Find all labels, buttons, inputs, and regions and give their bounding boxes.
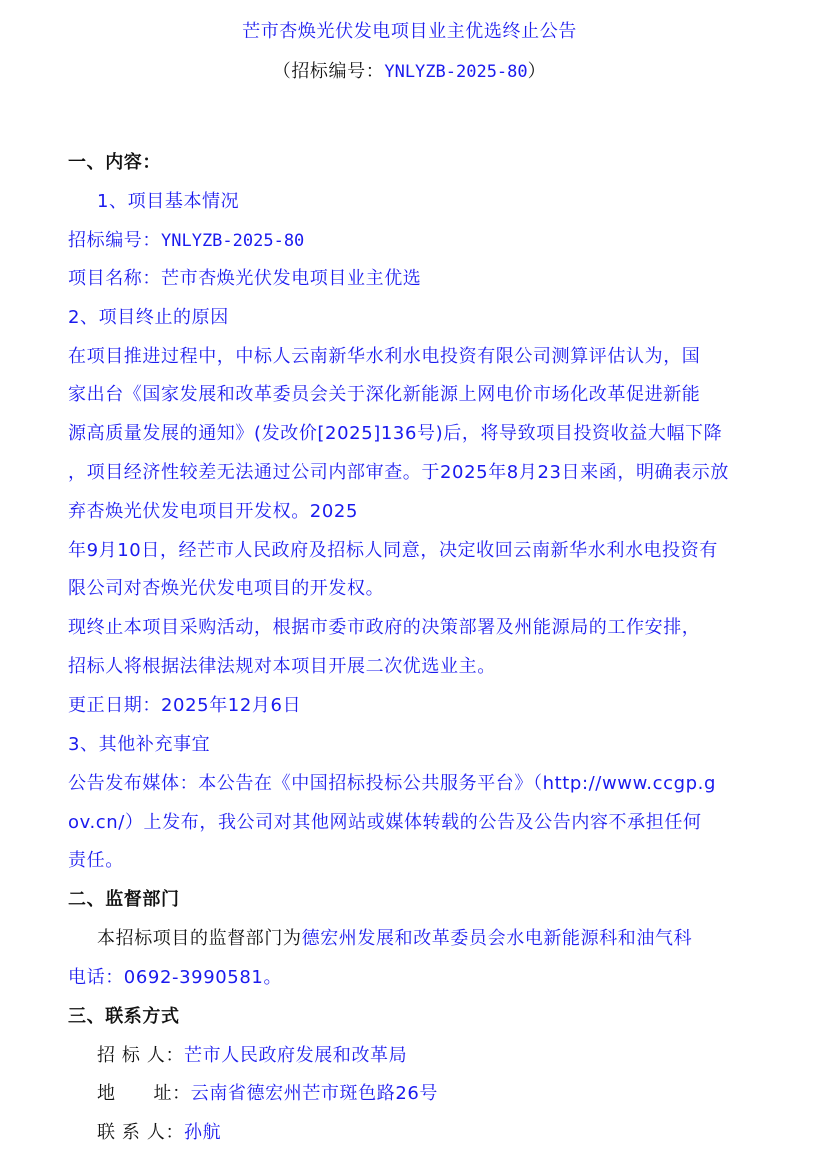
media-line: 责任。 xyxy=(68,850,124,872)
reason-line: 源高质量发展的通知》(发改价[2025]136号)后，将导致项目投资收益大幅下降 xyxy=(68,423,722,445)
contact-label: 联 系 人： xyxy=(97,1122,184,1143)
media-line: ov.cn/）上发布，我公司对其他网站或媒体转载的公告及公告内容不承担任何 xyxy=(68,812,702,834)
reason-line: 年9月10日，经芒市人民政府及招标人同意，决定收回云南新华水利水电投资有 xyxy=(68,540,718,562)
document-subtitle: （招标编号：YNLYZB-2025-80） xyxy=(0,61,819,83)
reason-line: 在项目推进过程中，中标人云南新华水利水电投资有限公司测算评估认为，国 xyxy=(68,346,700,368)
supervision-phone: 电话：0692-3990581。 xyxy=(68,967,282,989)
section2-heading: 二、监督部门 xyxy=(68,889,180,911)
bid-number-label: 招标编号： xyxy=(68,230,161,251)
announcement-page: 芒市杏焕光伏发电项目业主优选终止公告 （招标编号：YNLYZB-2025-80）… xyxy=(0,0,819,1158)
contact-value: 芒市人民政府发展和改革局 xyxy=(184,1045,407,1066)
supervision-department: 德宏州发展和改革委员会水电新能源科和油气科 xyxy=(302,928,693,949)
reason-line: 家出台《国家发展和改革委员会关于深化新能源上网电价市场化改革促进新能 xyxy=(68,384,700,406)
reason-line: 弃杏焕光伏发电项目开发权。2025 xyxy=(68,501,358,523)
correction-date: 更正日期：2025年12月6日 xyxy=(68,695,301,717)
contact-address: 地 址：云南省德宏州芒市斑色路26号 xyxy=(97,1083,438,1105)
supervision-intro: 本招标项目的监督部门为 xyxy=(97,928,302,949)
supervision-statement: 本招标项目的监督部门为德宏州发展和改革委员会水电新能源科和油气科 xyxy=(97,928,692,950)
contact-label: 招 标 人： xyxy=(97,1045,184,1066)
media-line: 公告发布媒体：本公告在《中国招标投标公共服务平台》（http://www.ccg… xyxy=(68,773,716,795)
bid-number: 招标编号：YNLYZB-2025-80 xyxy=(68,230,304,252)
bid-number-value: YNLYZB-2025-80 xyxy=(161,231,304,251)
reason-line: 现终止本项目采购活动，根据市委市政府的决策部署及州能源局的工作安排， xyxy=(68,617,700,639)
document-title: 芒市杏焕光伏发电项目业主优选终止公告 xyxy=(0,21,819,43)
contact-tenderer: 招 标 人：芒市人民政府发展和改革局 xyxy=(97,1045,407,1067)
project-name: 项目名称：芒市杏焕光伏发电项目业主优选 xyxy=(68,268,421,290)
contact-value: 云南省德宏州芒市斑色路26号 xyxy=(191,1083,438,1104)
contact-value: 孙航 xyxy=(184,1122,221,1143)
reason-line: ，项目经济性较差无法通过公司内部审查。于2025年8月23日来函，明确表示放 xyxy=(68,462,729,484)
section1-heading: 一、内容： xyxy=(68,152,161,174)
subsection-basic-info: 1、项目基本情况 xyxy=(97,191,239,213)
contact-label: 地 址： xyxy=(97,1083,191,1104)
reason-line: 招标人将根据法律法规对本项目开展二次优选业主。 xyxy=(68,656,496,678)
section3-heading: 三、联系方式 xyxy=(68,1006,180,1028)
subtitle-code: YNLYZB-2025-80 xyxy=(384,62,527,82)
subsection-other-matters: 3、其他补充事宜 xyxy=(68,734,210,756)
subsection-termination-reason: 2、项目终止的原因 xyxy=(68,307,229,329)
subtitle-suffix: ） xyxy=(528,61,547,82)
contact-person: 联 系 人：孙航 xyxy=(97,1122,221,1144)
reason-line: 限公司对杏焕光伏发电项目的开发权。 xyxy=(68,578,384,600)
subtitle-prefix: （招标编号： xyxy=(273,61,385,82)
